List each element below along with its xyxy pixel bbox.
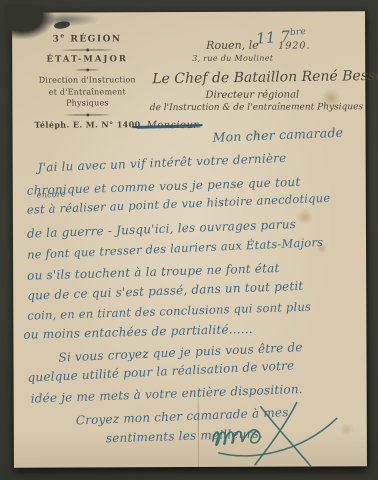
ink-blot <box>54 20 71 29</box>
region-title: 3e RÉGION <box>28 32 146 45</box>
officer-title-2: de l'Instruction & de l'entraînement Phy… <box>146 102 366 113</box>
region-name: RÉGION <box>70 34 121 44</box>
ink-smudge <box>42 12 100 26</box>
handwritten-salutation: Mon cher camarade <box>212 125 343 145</box>
region-superscript: e <box>60 33 65 40</box>
date-superscript: bre <box>290 27 307 38</box>
staff-title: ÉTAT-MAJOR <box>28 54 146 65</box>
place-prefix: Rouen, le <box>206 39 259 52</box>
scanner-background: { "page": { "description": "Scanned hand… <box>0 0 378 480</box>
direction-title: Direction d'Instruction et d'Entraînemen… <box>28 74 146 109</box>
divider-ornament <box>59 48 115 51</box>
date-day-month: 11 7 <box>255 27 290 47</box>
telephone-line: Téléph. E. M. N° 1400 <box>28 119 146 130</box>
paper-stain <box>296 209 314 224</box>
officer-name: Le Chef de Bataillon René Besse <box>152 68 364 87</box>
signature-flourish <box>199 396 349 475</box>
body-line: ou s'ils touchent à la troupe ne font ét… <box>27 261 280 283</box>
street-address: 3, rue du Moulinet <box>192 54 273 63</box>
letter-page: 3e RÉGION ÉTAT-MAJOR Direction d'Instruc… <box>12 11 367 468</box>
officer-title-1: Directeur régional <box>152 89 352 101</box>
divider-ornament <box>63 113 111 116</box>
body-line: coin, en en tirant des conclusions qui s… <box>27 300 311 323</box>
body-line-pre: est <box>27 202 45 217</box>
handwritten-date: 11 7bre <box>255 26 306 48</box>
struck-out-salutation: Monsieur <box>146 120 198 131</box>
body-line: ou moins entachées de partialité...... <box>23 322 253 342</box>
divider-ornament <box>74 68 100 71</box>
signature-icon <box>199 396 349 475</box>
body-line: J'ai lu avec un vif intérêt votre derniè… <box>37 151 286 175</box>
inserted-word: encore <box>37 190 66 200</box>
direction-line2: et d'Entraînement Physiques <box>28 86 146 110</box>
body-line: que de ce qui s'est passé, dans un tout … <box>27 279 304 303</box>
letterhead-block: 3e RÉGION ÉTAT-MAJOR Direction d'Instruc… <box>28 32 146 129</box>
direction-line1: Direction d'Instruction <box>28 74 146 86</box>
